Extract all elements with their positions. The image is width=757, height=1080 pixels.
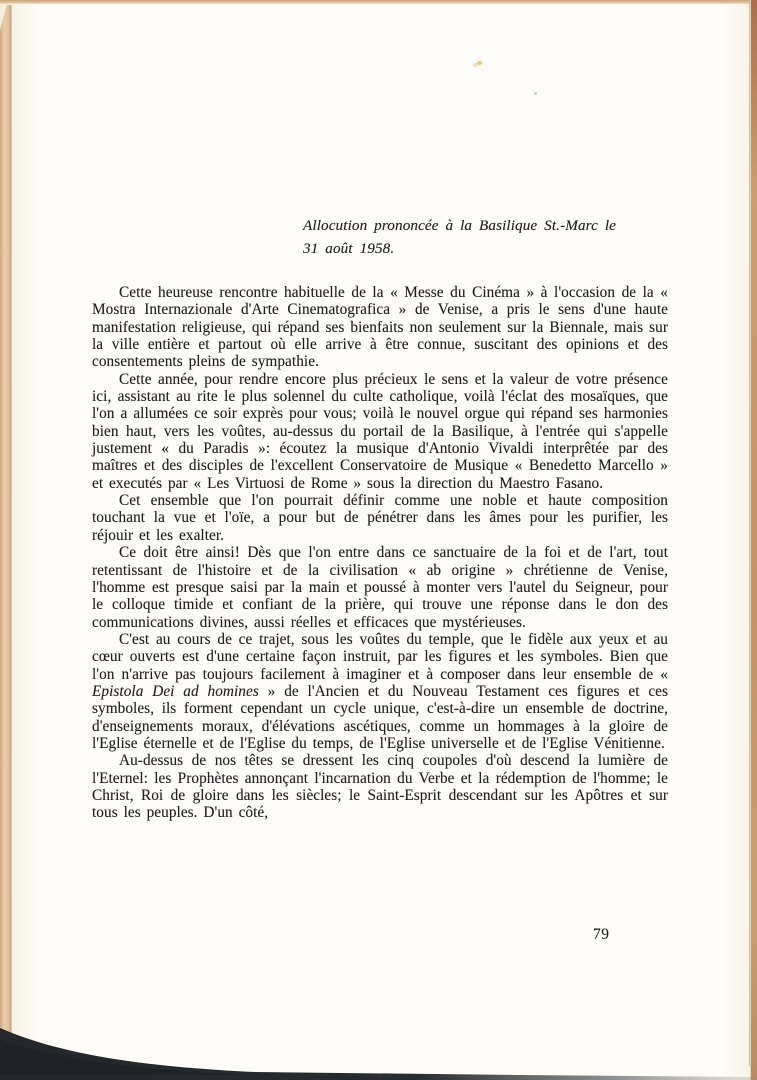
paragraph-run: C'est au cours de ce trajet, sous les vo…: [92, 631, 668, 683]
body-paragraph: Cet ensemble que l'on pourrait définir c…: [92, 492, 668, 544]
scanned-book-page: Allocution prononcée à la Basilique St.-…: [0, 0, 757, 1080]
body-paragraph: Ce doit être ainsi! Dès que l'on entre d…: [92, 544, 668, 631]
page-right-edge: [750, 0, 757, 1080]
body-paragraph: Cette année, pour rendre encore plus pré…: [92, 371, 668, 492]
scan-speck: [477, 61, 482, 65]
body-paragraph: C'est au cours de ce trajet, sous les vo…: [92, 631, 668, 752]
speech-body: Cette heureuse rencontre habituelle de l…: [92, 284, 668, 822]
latin-title-italic: Epistola Dei ad homines: [92, 683, 259, 700]
heading-line-2: 31 août 1958.: [303, 237, 683, 260]
speech-heading: Allocution prononcée à la Basilique St.-…: [303, 214, 683, 260]
page-number: 79: [593, 926, 610, 944]
body-paragraph: Cette heureuse rencontre habituelle de l…: [92, 284, 668, 371]
book-bottom-shadow: [0, 1020, 757, 1080]
scan-speck: [534, 92, 537, 95]
body-paragraph: Au-dessus de nos têtes se dressent les c…: [92, 752, 668, 821]
page-top-edge: [0, 0, 757, 4]
heading-line-1: Allocution prononcée à la Basilique St.-…: [303, 214, 683, 237]
page-left-edge: [0, 5, 12, 1060]
